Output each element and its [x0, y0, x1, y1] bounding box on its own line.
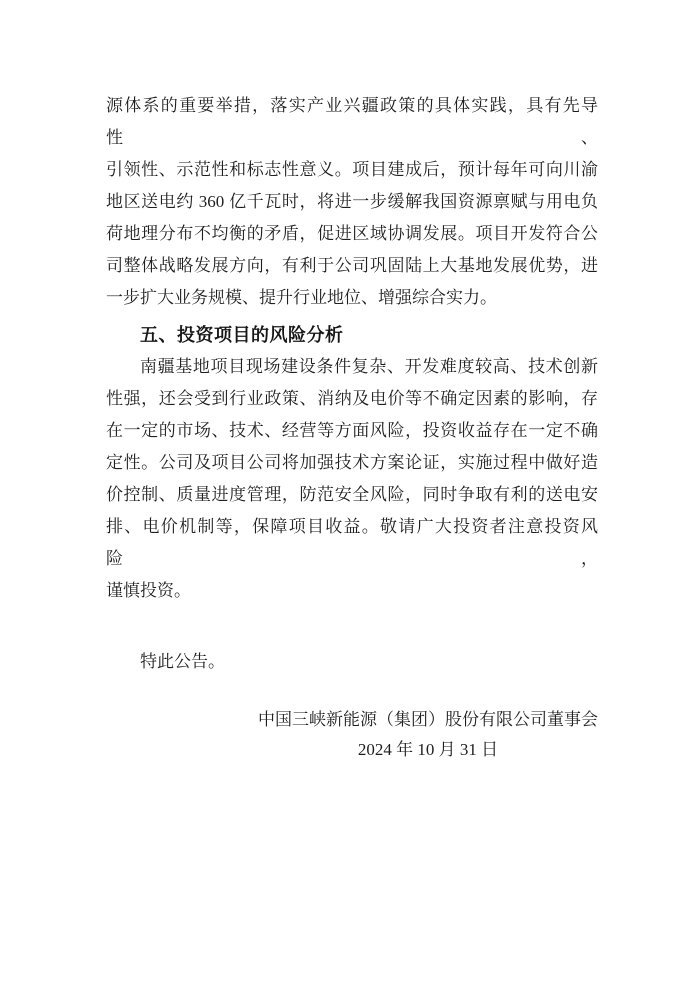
text-line: 性强，还会受到行业政策、消纳及电价等不确定因素的影响，存 [106, 383, 598, 415]
text-line: 排、电价机制等，保障项目收益。敬请广大投资者注意投资风险， [106, 511, 598, 575]
text-line: 荷地理分布不均衡的矛盾，促进区域协调发展。项目开发符合公 [106, 218, 598, 250]
paragraph-1-lines: 源体系的重要举措，落实产业兴疆政策的具体实践，具有先导性、引领性、示范性和标志性… [106, 90, 598, 314]
text-line: 价控制、质量进度管理，防范安全风险，同时争取有利的送电安 [106, 479, 598, 511]
section-heading-risk-analysis: 五、投资项目的风险分析 [106, 319, 598, 351]
signature-block: 中国三峡新能源（集团）股份有限公司董事会 2024 年 10 月 31 日 [258, 704, 598, 764]
text-line: 在一定的市场、技术、经营等方面风险，投资收益存在一定不确 [106, 415, 598, 447]
text-line: 引领性、示范性和标志性意义。项目建成后，预计每年可向川渝 [106, 154, 598, 186]
text-line: 定性。公司及项目公司将加强技术方案论证，实施过程中做好造 [106, 447, 598, 479]
signature-date: 2024 年 10 月 31 日 [258, 736, 598, 764]
text-line: 地区送电约 360 亿千瓦时，将进一步缓解我国资源禀赋与用电负 [106, 186, 598, 218]
text-line: 南疆基地项目现场建设条件复杂、开发难度较高、技术创新 [106, 351, 598, 383]
closing-statement: 特此公告。 [106, 646, 598, 678]
body-paragraph-2: 南疆基地项目现场建设条件复杂、开发难度较高、技术创新性强，还会受到行业政策、消纳… [106, 351, 598, 607]
text-line: 一步扩大业务规模、提升行业地位、增强综合实力。 [106, 282, 598, 314]
text-line: 谨慎投资。 [106, 575, 598, 607]
text-line: 源体系的重要举措，落实产业兴疆政策的具体实践，具有先导性、 [106, 90, 598, 154]
document-page: 源体系的重要举措，落实产业兴疆政策的具体实践，具有先导性、引领性、示范性和标志性… [0, 0, 700, 989]
body-paragraph-1: 源体系的重要举措，落实产业兴疆政策的具体实践，具有先导性、引领性、示范性和标志性… [106, 90, 598, 314]
paragraph-2-lines: 南疆基地项目现场建设条件复杂、开发难度较高、技术创新性强，还会受到行业政策、消纳… [106, 351, 598, 607]
signature-company-name: 中国三峡新能源（集团）股份有限公司董事会 [258, 704, 598, 736]
text-line: 司整体战略发展方向，有利于公司巩固陆上大基地发展优势，进 [106, 250, 598, 282]
document-content: 源体系的重要举措，落实产业兴疆政策的具体实践，具有先导性、引领性、示范性和标志性… [0, 0, 700, 764]
